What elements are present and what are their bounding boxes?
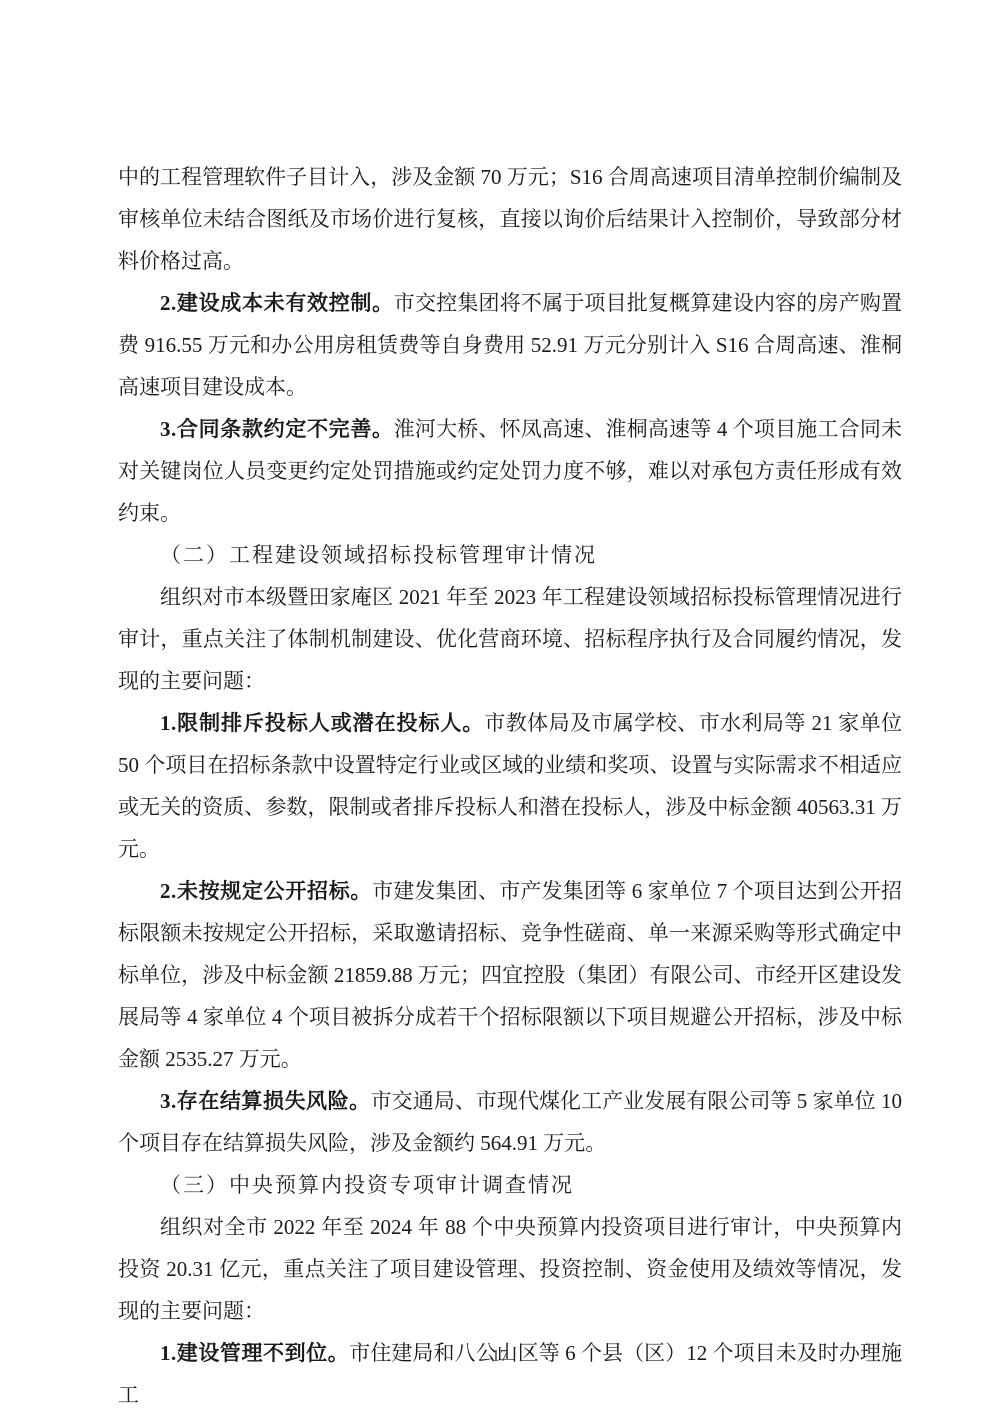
- paragraph: 组织对全市 2022 年至 2024 年 88 个中央预算内投资项目进行审计，中…: [118, 1206, 902, 1332]
- paragraph: 3.存在结算损失风险。市交通局、市现代煤化工产业发展有限公司等 5 家单位 10…: [118, 1080, 902, 1164]
- paragraph-text: 组织对市本级暨田家庵区 2021 年至 2023 年工程建设领域招标投标管理情况…: [118, 585, 902, 693]
- section-heading: （三）中央预算内投资专项审计调查情况: [118, 1164, 902, 1206]
- paragraph-lead: 3.合同条款约定不完善。: [160, 417, 394, 441]
- paragraph-text: （三）中央预算内投资专项审计调查情况: [160, 1173, 574, 1197]
- paragraph: 3.合同条款约定不完善。淮河大桥、怀凤高速、淮桐高速等 4 个项目施工合同未对关…: [118, 408, 902, 534]
- paragraph-lead: 2.建设成本未有效控制。: [160, 291, 394, 315]
- paragraph-lead: 1.限制排斥投标人或潜在投标人。: [160, 711, 484, 735]
- page-footer: 17: [0, 1344, 1000, 1368]
- paragraph-lead: 3.存在结算损失风险。: [160, 1089, 371, 1113]
- paragraph: 2.未按规定公开招标。市建发集团、市产发集团等 6 家单位 7 个项目达到公开招…: [118, 870, 902, 1080]
- paragraph-text: 中的工程管理软件子目计入，涉及金额 70 万元；S16 合周高速项目清单控制价编…: [118, 165, 902, 273]
- paragraph-text: 市建发集团、市产发集团等 6 家单位 7 个项目达到公开招标限额未按规定公开招标…: [118, 879, 902, 1071]
- paragraph-text: （二）工程建设领域招标投标管理审计情况: [160, 543, 597, 567]
- paragraph: 2.建设成本未有效控制。市交控集团将不属于项目批复概算建设内容的房产购置费 91…: [118, 282, 902, 408]
- paragraph: 组织对市本级暨田家庵区 2021 年至 2023 年工程建设领域招标投标管理情况…: [118, 576, 902, 702]
- paragraph-text: 组织对全市 2022 年至 2024 年 88 个中央预算内投资项目进行审计，中…: [118, 1215, 902, 1323]
- document-page: 中的工程管理软件子目计入，涉及金额 70 万元；S16 合周高速项目清单控制价编…: [0, 0, 1000, 1415]
- paragraph: 1.限制排斥投标人或潜在投标人。市教体局及市属学校、市水利局等 21 家单位 5…: [118, 702, 902, 870]
- paragraph: 中的工程管理软件子目计入，涉及金额 70 万元；S16 合周高速项目清单控制价编…: [118, 156, 902, 282]
- page-number: 17: [492, 1346, 509, 1365]
- paragraph-lead: 2.未按规定公开招标。: [160, 879, 372, 903]
- section-heading: （二）工程建设领域招标投标管理审计情况: [118, 534, 902, 576]
- document-content: 中的工程管理软件子目计入，涉及金额 70 万元；S16 合周高速项目清单控制价编…: [118, 156, 902, 1415]
